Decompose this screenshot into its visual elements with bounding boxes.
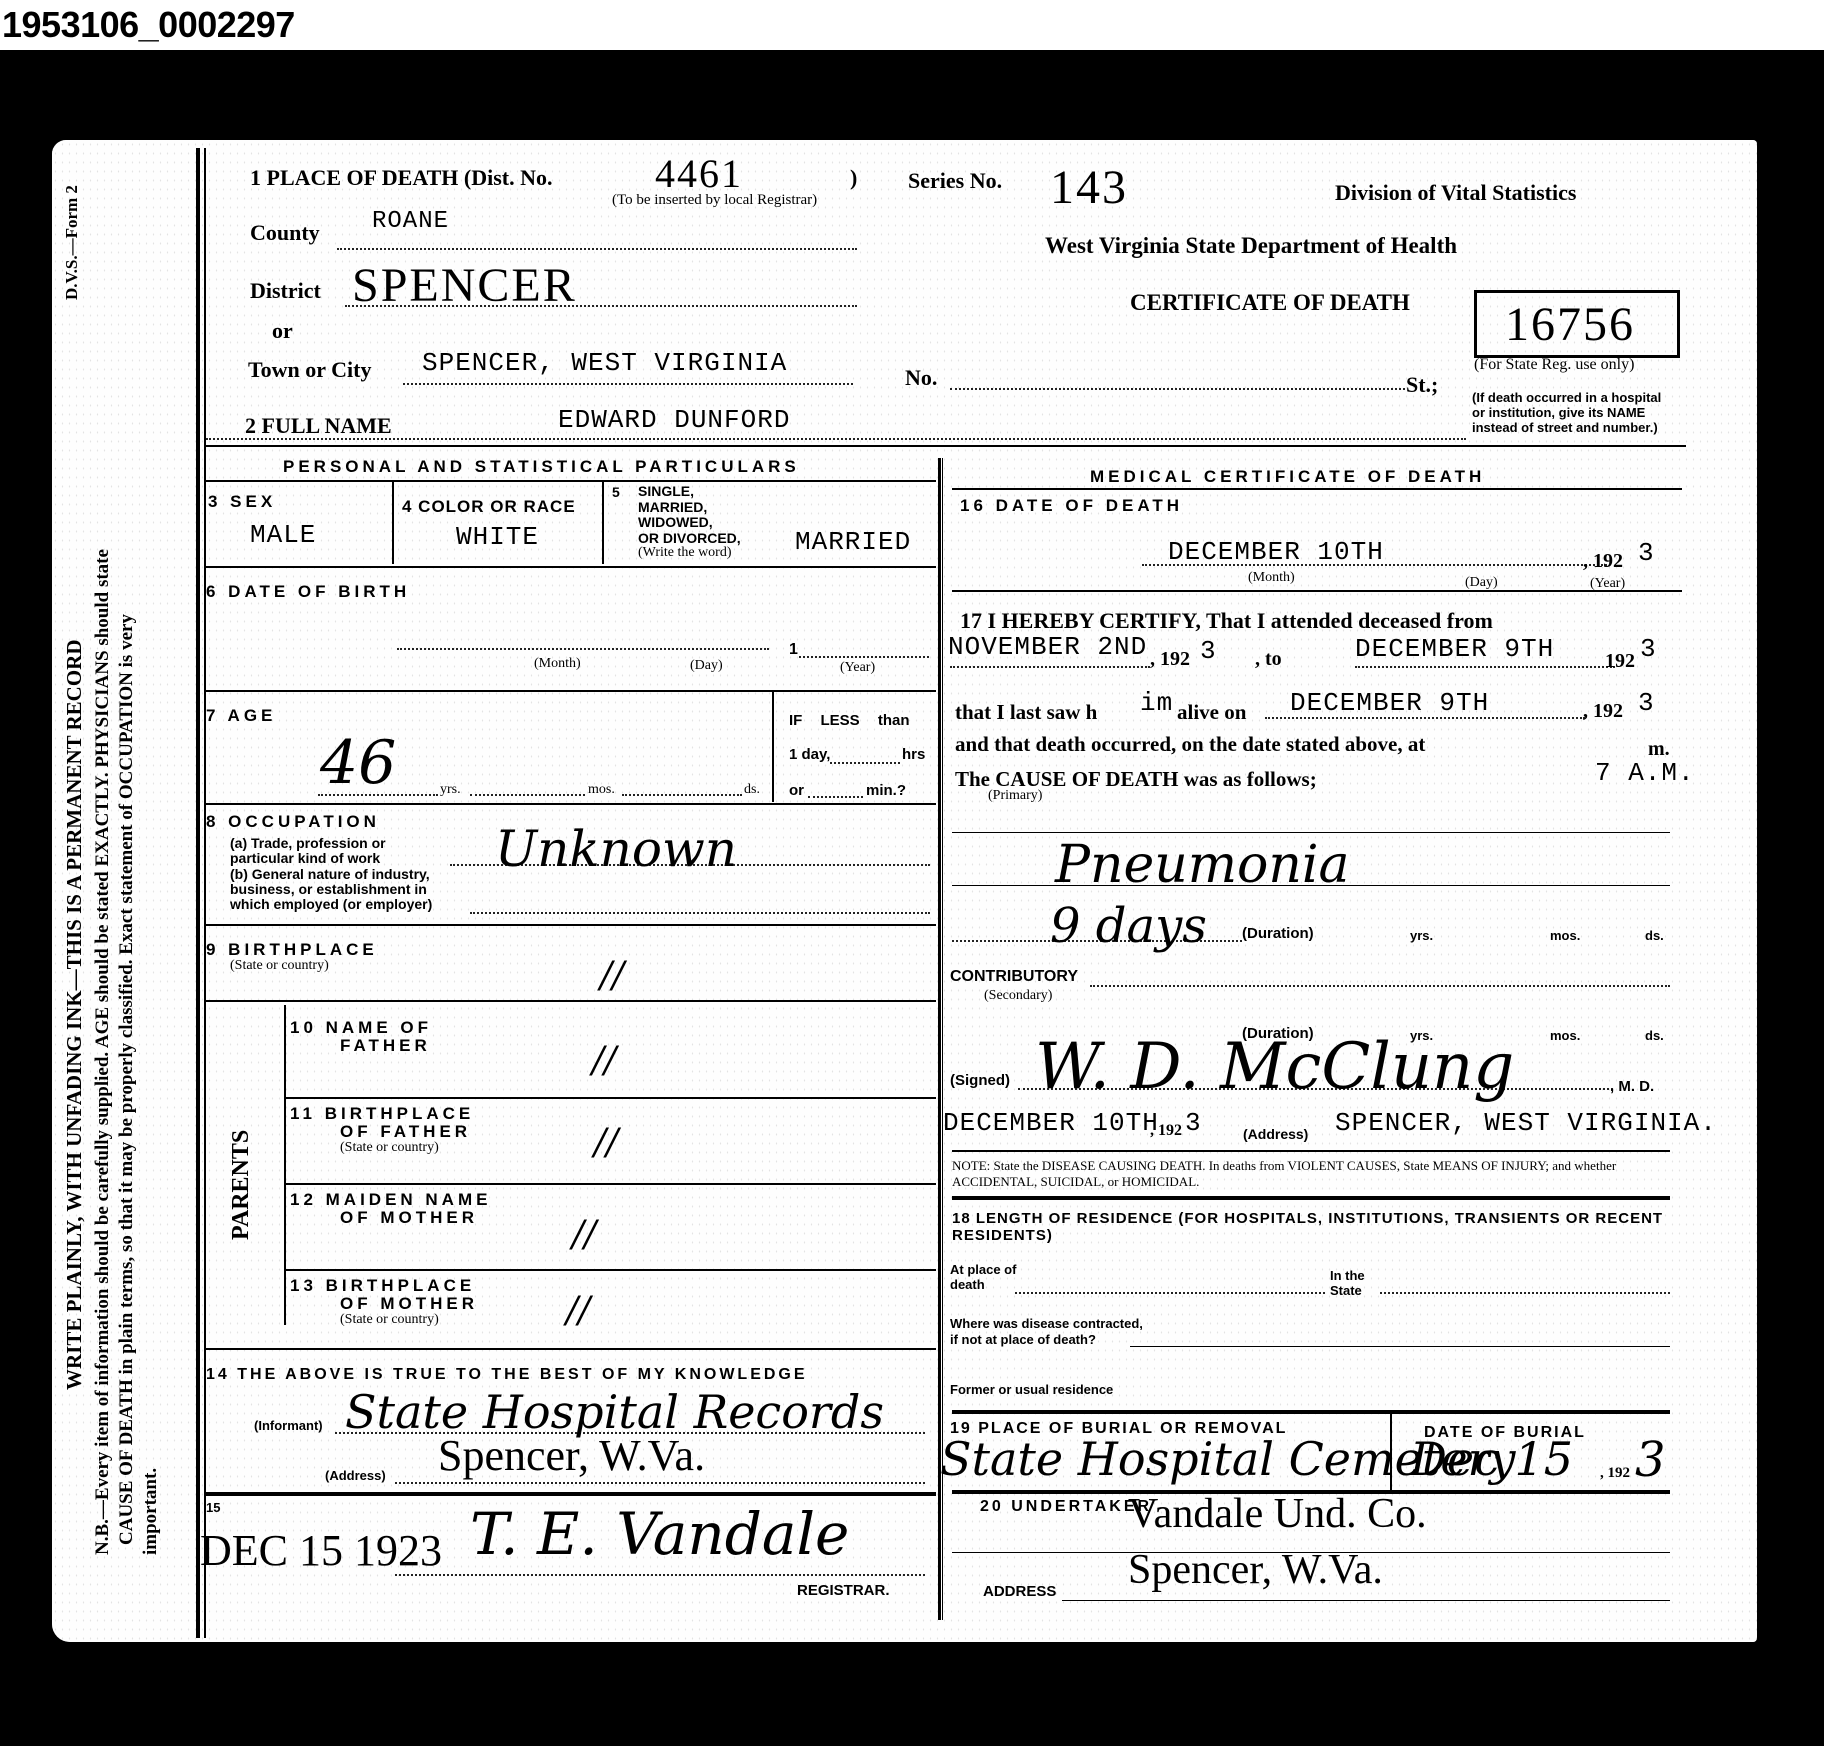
former-residence-label: Former or usual residence: [950, 1382, 1113, 1397]
row-divider-12: [286, 1269, 936, 1271]
last-saw-label: that I last saw h: [955, 700, 1097, 725]
state-reg-note: (For State Reg. use only): [1474, 356, 1634, 374]
frame-left-border: [196, 148, 200, 1638]
dob-label: 6 DATE OF BIRTH: [206, 582, 410, 602]
duration-yrs-1: yrs.: [1410, 928, 1433, 943]
dod-year-caption: (Year): [1590, 576, 1625, 592]
personal-title-divider: [206, 480, 936, 482]
father-label-1: 10 NAME OF: [290, 1018, 432, 1038]
father-bp-label-1: 11 BIRTHPLACE: [290, 1104, 474, 1124]
undertaker-label: 20 UNDERTAKER: [980, 1498, 1152, 1516]
certificate-number: 16756: [1505, 297, 1635, 352]
side-instruction-line3: CAUSE OF DEATH in plain terms, so that i…: [116, 614, 138, 1545]
last-saw-him: im: [1140, 688, 1173, 718]
age-value: 46: [320, 728, 396, 798]
informant-label: (Informant): [254, 1418, 323, 1433]
primary-caption: (Primary): [988, 788, 1042, 804]
row-divider-16: [952, 590, 1682, 592]
min-line: [808, 796, 863, 798]
age-ds: ds.: [744, 782, 760, 798]
informant-address-line: [395, 1482, 925, 1484]
at-place-line: [1015, 1292, 1325, 1294]
mother-value: //: [572, 1214, 596, 1255]
father-label-2: FATHER: [340, 1036, 431, 1056]
registrar-line: [395, 1574, 925, 1576]
attended-from: NOVEMBER 2ND: [948, 632, 1147, 662]
frame-left-border-inner: [204, 148, 206, 1638]
father-bp-sub: (State or country): [340, 1140, 439, 1156]
division-title: Division of Vital Statistics: [1335, 180, 1576, 206]
image-id: 1953106_0002297: [2, 4, 295, 46]
undertaker-value: Vandale Und. Co.: [1128, 1490, 1427, 1538]
street-line: [950, 388, 1405, 390]
occupation-b-1: (b) General nature of industry,: [230, 866, 430, 882]
registrar-signature: T. E. Vandale: [470, 1500, 849, 1568]
duration-ds-2: ds.: [1645, 1028, 1664, 1043]
contracted-label-2: if not at place of death?: [950, 1332, 1096, 1347]
min-label: min.?: [866, 782, 906, 799]
mother-label-2: OF MOTHER: [340, 1208, 478, 1228]
header-divider: [206, 445, 1686, 447]
color-label: 4 COLOR OR RACE: [402, 497, 576, 517]
medical-section-title: MEDICAL CERTIFICATE OF DEATH: [1090, 467, 1485, 487]
dob-year-caption: (Year): [840, 660, 875, 676]
marital-note: (Write the word): [638, 545, 732, 561]
dob-line: [397, 648, 769, 650]
personal-section-title: PERSONAL AND STATISTICAL PARTICULARS: [283, 457, 800, 477]
mother-bp-label-2: OF MOTHER: [340, 1294, 478, 1314]
row-divider-9: [206, 1000, 936, 1002]
row-divider-14: [206, 1492, 936, 1496]
dod-label: 16 DATE OF DEATH: [960, 496, 1183, 516]
duration-ds-1: ds.: [1645, 928, 1664, 943]
undertaker-address-value: Spencer, W.Va.: [1128, 1546, 1383, 1594]
signed-label: (Signed): [950, 1072, 1010, 1089]
occupation-a-1: (a) Trade, profession or: [230, 835, 386, 851]
marital-number: 5: [612, 484, 620, 500]
mother-bp-sub: (State or country): [340, 1312, 439, 1328]
attended-to-line: [1355, 666, 1615, 668]
hospital-note: (If death occurred in a hospital or inst…: [1472, 390, 1677, 435]
physician-address-label: (Address): [1243, 1126, 1308, 1142]
dob-month-caption: (Month): [534, 656, 581, 672]
dob-day-caption: (Day): [690, 658, 723, 674]
occupation-b-2: business, or establishment in: [230, 881, 427, 897]
informant-address-label: (Address): [325, 1468, 386, 1483]
death-time: 7 A.M.: [1595, 758, 1695, 788]
age-mos-line: [470, 794, 585, 796]
department-title: West Virginia State Department of Health: [1045, 233, 1457, 259]
place-of-death-label: 1 PLACE OF DEATH (Dist. No.: [250, 165, 553, 191]
county-label: County: [250, 220, 320, 246]
filed-number: 15: [206, 1500, 220, 1515]
marital-label-4: OR DIVORCED,: [638, 530, 741, 546]
mother-bp-label-1: 13 BIRTHPLACE: [290, 1276, 475, 1296]
age-yrs: yrs.: [440, 782, 461, 798]
last-saw-year-prefix: , 192: [1583, 700, 1623, 723]
one-day-label: 1 day,: [789, 746, 830, 763]
contributory-label: CONTRIBUTORY: [950, 968, 1078, 986]
district-number-note: (To be inserted by local Registrar): [612, 192, 817, 209]
hrs-line: [830, 762, 900, 764]
certificate-number-box: 16756: [1474, 290, 1680, 358]
physician-signature: W. D. McClung: [1035, 1030, 1514, 1104]
series-number: 143: [1050, 160, 1128, 215]
father-value: //: [592, 1040, 616, 1081]
attended-to: DECEMBER 9TH: [1355, 634, 1554, 664]
dob-year-line: [799, 656, 929, 658]
row-divider-3: [206, 566, 936, 568]
row-divider-7: [206, 803, 936, 805]
note-text: NOTE: State the DISEASE CAUSING DEATH. I…: [952, 1158, 1670, 1190]
father-bp-value: //: [594, 1122, 618, 1163]
signed-date: DECEMBER 10TH: [943, 1108, 1159, 1138]
burial-year-prefix: , 192: [1600, 1465, 1630, 1482]
contracted-label-1: Where was disease contracted,: [950, 1316, 1143, 1331]
town-value: SPENCER, WEST VIRGINIA: [422, 348, 787, 378]
street-st-label: St.;: [1406, 372, 1438, 398]
physician-address: SPENCER, WEST VIRGINIA.: [1335, 1108, 1717, 1138]
undertaker-address-line: [1062, 1600, 1670, 1601]
burial-year: 3: [1635, 1432, 1666, 1488]
birthplace-sub: (State or country): [230, 958, 329, 974]
color-divider: [602, 482, 604, 564]
row-divider-8: [206, 924, 936, 926]
mother-label-1: 12 MAIDEN NAME: [290, 1190, 491, 1210]
primary-line-1: [952, 832, 1670, 833]
birthplace-label: 9 BIRTHPLACE: [206, 940, 378, 960]
side-instruction-line4: important.: [140, 1468, 162, 1555]
medical-title-divider: [952, 488, 1682, 490]
marital-label-2: MARRIED,: [638, 499, 707, 515]
certify-line: 17 I HEREBY CERTIFY, That I attended dec…: [960, 608, 1493, 634]
row-divider-17: [952, 1150, 1670, 1152]
to-year: 3: [1640, 634, 1657, 664]
age-mos: mos.: [588, 782, 615, 798]
district-label: District: [250, 278, 321, 304]
or-label: or: [272, 318, 293, 344]
birthplace-value: //: [600, 955, 624, 996]
registrar-label: REGISTRAR.: [797, 1582, 890, 1599]
row-divider-18: [952, 1410, 1670, 1414]
county-line: [337, 248, 857, 250]
hrs-label: hrs: [902, 746, 925, 763]
duration-mos-2: mos.: [1550, 1028, 1580, 1043]
alive-on-label: alive on: [1177, 700, 1246, 725]
full-name-value: EDWARD DUNFORD: [558, 405, 790, 435]
county-value: ROANE: [372, 208, 449, 235]
occupation-b-line: [470, 912, 930, 914]
certificate-title: CERTIFICATE OF DEATH: [1130, 290, 1410, 316]
marital-label-3: WIDOWED,: [638, 514, 713, 530]
town-line: [403, 383, 853, 385]
duration-label-1: (Duration): [1242, 925, 1314, 942]
occupation-b-3: which employed (or employer): [230, 896, 432, 912]
attended-from-line: [950, 666, 1150, 668]
district-value: SPENCER: [352, 258, 577, 313]
contributory-line: [1090, 985, 1670, 987]
image-id-bar: 1953106_0002297: [0, 0, 1824, 50]
row-divider-10: [286, 1097, 936, 1099]
primary-duration: 9 days: [1050, 898, 1207, 954]
primary-cause: Pneumonia: [1055, 835, 1349, 895]
occupation-label: 8 OCCUPATION: [206, 812, 380, 832]
sex-label: 3 SEX: [208, 492, 276, 512]
duration-mos-1: mos.: [1550, 928, 1580, 943]
informant-title: 14 THE ABOVE IS TRUE TO THE BEST OF MY K…: [206, 1366, 808, 1384]
town-label: Town or City: [248, 357, 371, 383]
signed-year: 3: [1185, 1108, 1202, 1138]
dod-month-caption: (Month): [1248, 570, 1295, 586]
from-year: 3: [1200, 636, 1217, 666]
mother-bp-value: //: [566, 1290, 590, 1331]
to-label: , to: [1255, 648, 1282, 671]
dob-year-prefix: 1: [789, 641, 798, 659]
undertaker-address-label: ADDRESS: [983, 1583, 1056, 1600]
at-place-label: At place of death: [950, 1262, 1020, 1292]
less-than-label: IF LESS than: [789, 712, 910, 729]
district-number: 4461: [655, 150, 743, 197]
side-instruction-line2: N.B.—Every item of information should be…: [92, 549, 114, 1555]
note-divider: [952, 1196, 1670, 1200]
last-saw-year: 3: [1638, 688, 1655, 718]
occupation-value: Unknown: [495, 820, 737, 878]
informant-address-value: Spencer, W.Va.: [438, 1430, 705, 1481]
in-state-line: [1380, 1292, 1670, 1294]
md-label: , M. D.: [1610, 1078, 1654, 1095]
sex-divider: [392, 482, 394, 564]
street-no-label: No.: [905, 365, 937, 391]
dod-month-day: DECEMBER 10TH: [1168, 537, 1384, 567]
age-divider: [772, 692, 774, 802]
side-instruction-line1: WRITE PLAINLY, WITH UNFADING INK—THIS IS…: [62, 639, 87, 1390]
contracted-line: [1130, 1346, 1670, 1347]
signed-year-prefix: , 192: [1150, 1122, 1182, 1140]
sex-value: MALE: [250, 520, 316, 550]
street-line-2: [206, 438, 1466, 440]
full-name-label: 2 FULL NAME: [245, 413, 392, 439]
parents-label: PARENTS: [228, 1130, 255, 1240]
age-label: 7 AGE: [206, 706, 276, 726]
parents-divider: [284, 1005, 286, 1325]
district-number-close: ): [850, 165, 857, 191]
dod-year: 3: [1638, 538, 1655, 568]
row-divider-11: [286, 1183, 936, 1185]
age-ds-line: [622, 794, 742, 796]
dod-year-prefix: , 192: [1583, 550, 1623, 573]
row-divider-6: [206, 690, 936, 692]
form-number: D.V.S.—Form 2: [62, 185, 82, 300]
residence-title: 18 LENGTH OF RESIDENCE (FOR HOSPITALS, I…: [952, 1210, 1672, 1244]
dod-day-caption: (Day): [1465, 575, 1498, 591]
marital-label-1: SINGLE,: [638, 484, 694, 499]
filed-date-stamp: DEC 15 1923: [200, 1525, 442, 1576]
father-bp-label-2: OF FATHER: [340, 1122, 471, 1142]
occupation-a-2: particular kind of work: [230, 850, 380, 866]
row-divider-13: [206, 1348, 936, 1350]
series-label: Series No.: [908, 168, 1002, 194]
marital-value: MARRIED: [795, 527, 911, 557]
color-value: WHITE: [456, 522, 539, 552]
from-year-prefix: , 192: [1150, 648, 1190, 671]
last-saw-date: DECEMBER 9TH: [1290, 688, 1489, 718]
secondary-caption: (Secondary): [984, 988, 1052, 1004]
burial-date-value: Dec 15: [1410, 1432, 1573, 1486]
to-year-prefix: 192: [1605, 650, 1635, 673]
occurred-line: and that death occurred, on the date sta…: [955, 732, 1425, 757]
or-min-label: or: [789, 782, 804, 799]
in-state-label: In the State: [1330, 1268, 1380, 1298]
